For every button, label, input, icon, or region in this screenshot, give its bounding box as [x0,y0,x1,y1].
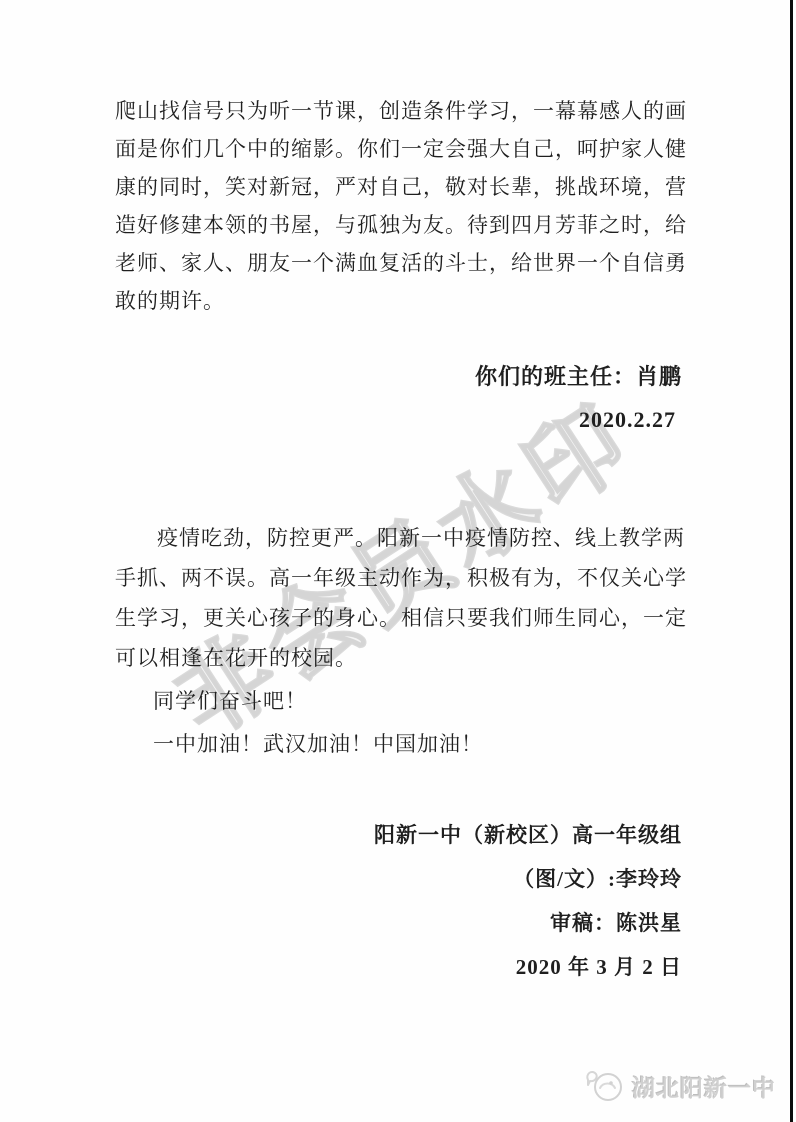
paragraph-1-line: 敢的期许。 [115,282,687,320]
brand-mark: 湖北阳新一中 [581,1068,776,1104]
teacher-signature-block: 你们的班主任：肖鹏 2020.2.27 [115,362,682,435]
paragraph-2: 疫情吃劲，防控更严。阳新一中疫情防控、线上教学两 手抓、两不误。高一年级主动作为… [115,518,687,764]
credits-grade-group: 阳新一中（新校区）高一年级组 [115,813,682,857]
paragraph-1-line: 康的同时，笑对新冠，严对自己，敬对长辈，挑战环境，营 [115,168,687,206]
document-page: 非会员水印 爬山找信号只为听一节课，创造条件学习，一幕幕感人的画 面是你们几个中… [0,0,796,1122]
credits-author: （图/文）:李玲玲 [115,857,682,901]
paragraph-1-line: 老师、家人、朋友一个满血复活的斗士，给世界一个自信勇 [115,244,687,282]
school-logo-icon [581,1068,625,1104]
slogan-line-students: 同学们奋斗吧！ [115,681,687,721]
paragraph-2-line: 生学习，更关心孩子的身心。相信只要我们师生同心，一定 [115,598,687,638]
paragraph-1-line: 面是你们几个中的缩影。你们一定会强大自己，呵护家人健 [115,130,687,168]
paragraph-1-line: 爬山找信号只为听一节课，创造条件学习，一幕幕感人的画 [115,92,687,130]
slogan-line-jiayou: 一中加油！武汉加油！中国加油！ [115,724,687,764]
credits-date: 2020 年 3 月 2 日 [115,945,682,989]
paragraph-2-line: 疫情吃劲，防控更严。阳新一中疫情防控、线上教学两 [115,518,687,558]
page-right-edge-line [790,0,793,1122]
brand-name: 湖北阳新一中 [632,1070,776,1103]
teacher-signature: 你们的班主任：肖鹏 [115,362,682,392]
paragraph-1-line: 造好修建本领的书屋，与孤独为友。待到四月芳菲之时，给 [115,206,687,244]
credits-block: 阳新一中（新校区）高一年级组 （图/文）:李玲玲 审稿：陈洪星 2020 年 3… [115,813,682,989]
paragraph-1: 爬山找信号只为听一节课，创造条件学习，一幕幕感人的画 面是你们几个中的缩影。你们… [115,92,687,320]
signature-date: 2020.2.27 [115,405,682,435]
credits-reviewer: 审稿：陈洪星 [115,901,682,945]
paragraph-2-line: 手抓、两不误。高一年级主动作为，积极有为，不仅关心学 [115,558,687,598]
paragraph-2-line: 可以相逢在花开的校园。 [115,638,687,678]
